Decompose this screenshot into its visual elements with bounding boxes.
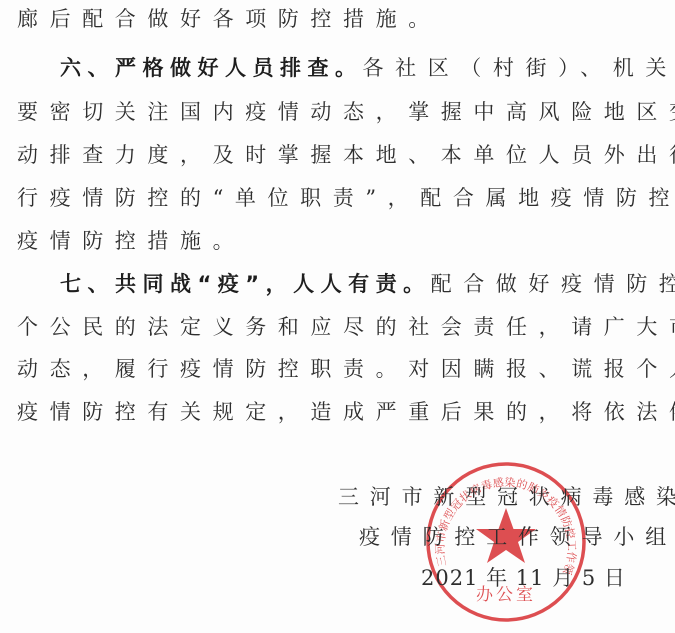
- section-heading: 六、严格做好人员排查。: [60, 56, 363, 80]
- signature-org-line2: 疫情防控工作领导小组办公室: [359, 521, 675, 553]
- paragraph-line: 要密切关注国内疫情动态，掌握中高风险地区变更情况，加大主: [17, 96, 657, 128]
- body-text: 廊后配合做好各项防控措施。: [17, 7, 441, 31]
- body-text: 要密切关注国内疫情动态，掌握中高风险地区变更情况，加大主: [17, 100, 675, 124]
- paragraph-line: 个公民的法定义务和应尽的社会责任，请广大市民密切关注疫情: [17, 311, 657, 343]
- body-text: 疫情防控有关规定，造成严重后果的，将依法依规严肃追究责任。: [17, 400, 675, 424]
- paragraph-line: 疫情防控有关规定，造成严重后果的，将依法依规严肃追究责任。: [17, 396, 657, 428]
- section-six-heading-line: 六、严格做好人员排查。各社区（村街）、机关企事业单位: [60, 52, 675, 84]
- signature-date: 2021 年 11 月 5 日: [421, 562, 626, 594]
- paragraph-line: 廊后配合做好各项防控措施。: [17, 3, 657, 35]
- body-text: 配合做好疫情防控工作是每: [431, 272, 675, 296]
- signature-org-line1: 三河市新型冠状病毒感染的肺炎: [338, 481, 675, 513]
- body-text: 动态，履行疫情防控职责。对因瞒报、谎报个人相关情况，违反: [17, 357, 675, 381]
- body-text: 行疫情防控的“单位职责”，配合属地疫情防控部门落实好各项: [17, 186, 675, 210]
- section-heading: 七、共同战“疫”，人人有责。: [60, 272, 431, 296]
- paragraph-line: 疫情防控措施。: [17, 225, 657, 257]
- body-text: 动排查力度，及时掌握本地、本单位人员外出行程轨迹，切实履: [17, 143, 675, 167]
- body-text: 各社区（村街）、机关企事业单位: [363, 56, 675, 80]
- paragraph-line: 动排查力度，及时掌握本地、本单位人员外出行程轨迹，切实履: [17, 139, 657, 171]
- body-text: 个公民的法定义务和应尽的社会责任，请广大市民密切关注疫情: [17, 315, 675, 339]
- seal-ring-text: 三河市新型冠状病毒感染的肺炎疫情防控工作领导小组: [424, 460, 578, 577]
- body-text: 疫情防控措施。: [17, 229, 245, 253]
- paragraph-line: 行疫情防控的“单位职责”，配合属地疫情防控部门落实好各项: [17, 182, 657, 214]
- section-seven-heading-line: 七、共同战“疫”，人人有责。配合做好疫情防控工作是每: [60, 268, 675, 300]
- document-page: 廊后配合做好各项防控措施。 六、严格做好人员排查。各社区（村街）、机关企事业单位…: [0, 0, 675, 633]
- paragraph-line: 动态，履行疫情防控职责。对因瞒报、谎报个人相关情况，违反: [17, 353, 657, 385]
- svg-text:三河市新型冠状病毒感染的肺炎疫情防控工作领导小组: 三河市新型冠状病毒感染的肺炎疫情防控工作领导小组: [424, 460, 578, 577]
